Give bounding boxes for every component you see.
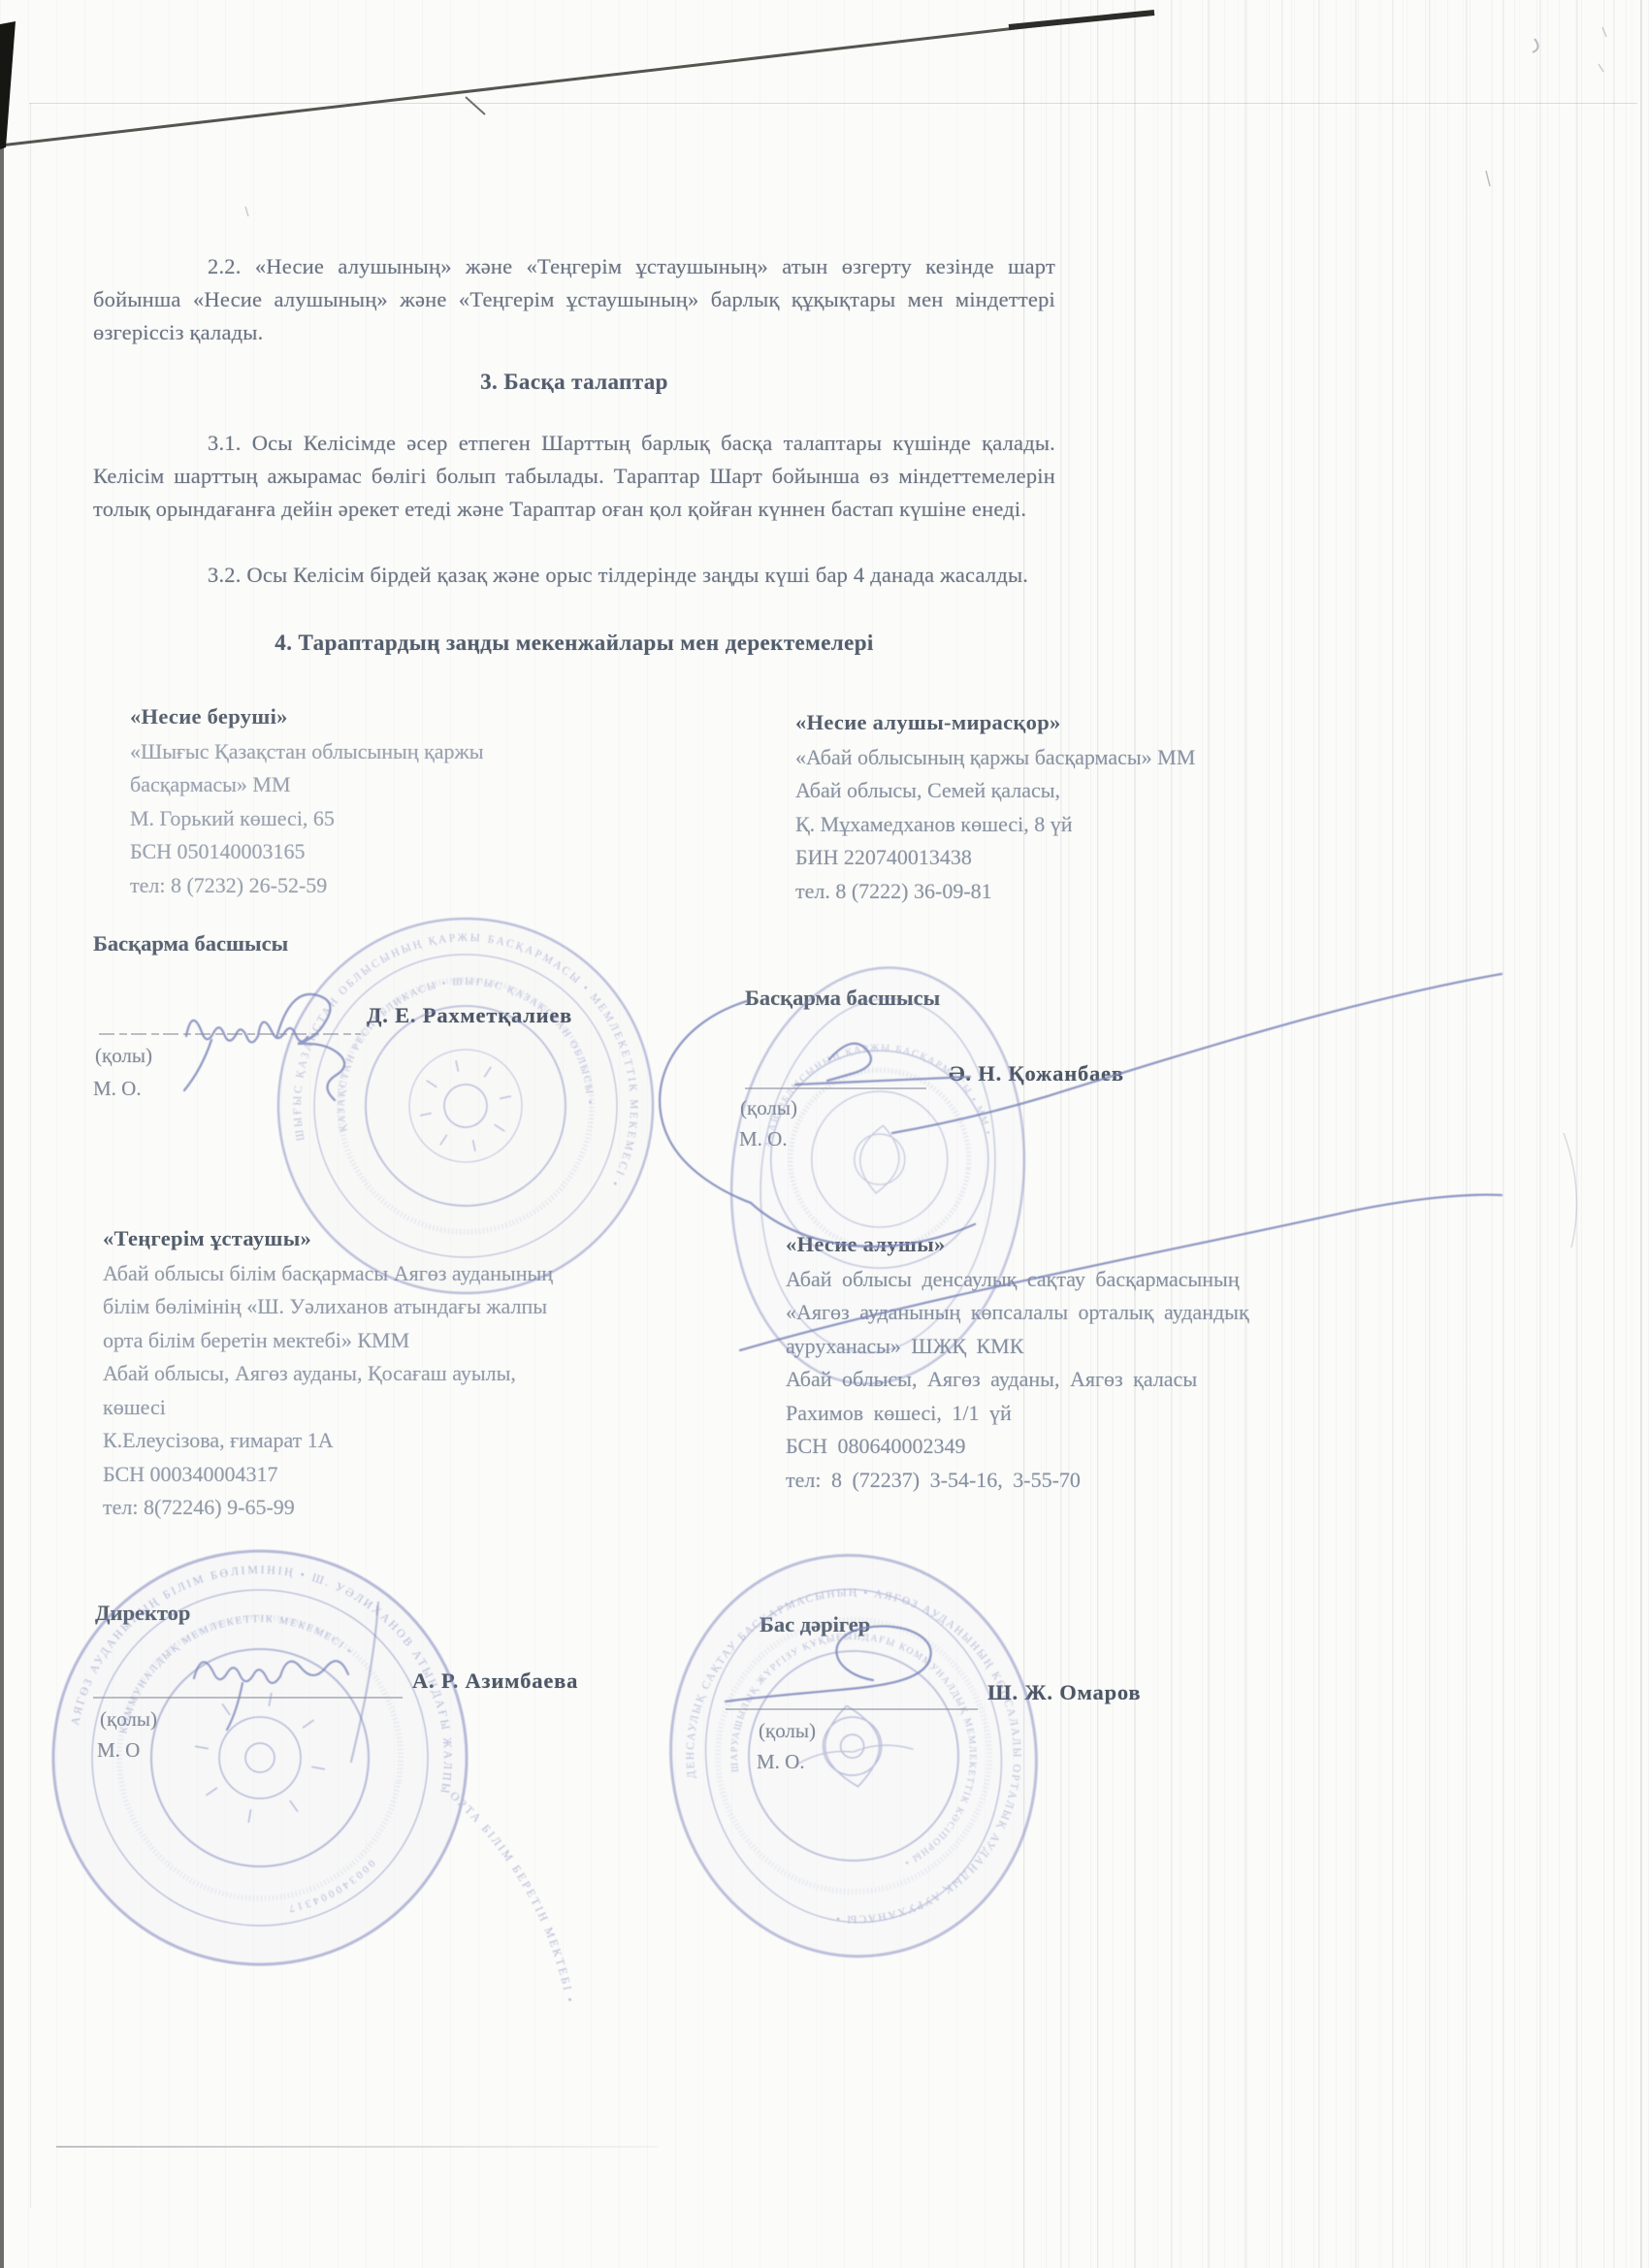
signature-role-borrower: Бас дәрігер	[760, 1612, 870, 1637]
party-title: «Несие алушы»	[786, 1228, 1368, 1262]
signature-stroke-borrower	[726, 1626, 931, 1701]
party-line: білім бөлімінің «Ш. Уәлиханов атындағы ж…	[103, 1290, 627, 1324]
svg-text:ШАРУАШЫЛЫҚ ЖҮРГІЗУ ҚҰҚЫҒЫНДАҒЫ: ШАРУАШЫЛЫҚ ЖҮРГІЗУ ҚҰҚЫҒЫНДАҒЫ КОММУНАЛД…	[713, 1615, 993, 1891]
party-line: М. Горький көшесі, 65	[130, 802, 547, 836]
sign-here-label: (қолы)	[740, 1096, 797, 1120]
party-line: Рахимов көшесі, 1/1 үй	[786, 1397, 1368, 1431]
party-line: Абай облысы, Аягөз ауданы, Аягөз қаласы	[786, 1363, 1368, 1397]
party-line: БСН 050140003165	[130, 835, 547, 869]
party-line: БИН 220740013438	[795, 841, 1358, 875]
seal-place-label: М. О.	[757, 1750, 805, 1774]
party-line: Қ. Мұхамедханов көшесі, 8 үй	[795, 808, 1358, 842]
party-line: Абай облысы, Аягөз ауданы, Қосағаш ауылы…	[103, 1357, 627, 1391]
scanned-contract-page: 2.2. «Несие алушының» және «Теңгерім ұст…	[0, 0, 1649, 2268]
party-line: орта білім беретін мектебі» КММ	[103, 1324, 627, 1358]
party-line: тел: 8(72246) 9-65-99	[103, 1491, 627, 1525]
signature-stroke-balance-holder	[194, 1603, 378, 1762]
party-line: көшесі	[103, 1391, 627, 1425]
party-line: Абай облысы білім басқармасы Аягөз аудан…	[103, 1257, 627, 1291]
scan-smudge-line	[56, 2146, 658, 2148]
stamp-ring-text: ҚАЗАҚСТАН РЕСПУБЛИКАСЫ • ШЫҒЫС ҚАЗАҚСТАН…	[312, 953, 598, 1158]
paper-edge-right	[1640, 0, 1642, 2268]
seal-place-label: М. О.	[93, 1077, 142, 1101]
stamp-ring-text: АБАЙ ОБЛЫСЫНЫҢ ҚАРЖЫ БАСҚАРМАСЫ • ММ •	[763, 1031, 1002, 1171]
stamp-emblem	[851, 1123, 908, 1196]
party-line: ауруханасы» ШЖҚ КМК	[786, 1330, 1368, 1364]
signatory-name-borrower: Ш. Ж. Омаров	[987, 1680, 1141, 1705]
scan-left-edge	[0, 126, 4, 2268]
paper-edge-top	[29, 103, 1637, 104]
svg-text:000340004317: 000340004317	[283, 1844, 378, 1928]
signatory-name-balance-holder: А. Р. Азимбаева	[412, 1669, 578, 1694]
sign-here-label: (қолы)	[95, 1044, 152, 1068]
svg-text:ҚАЗАҚСТАН РЕСПУБЛИКАСЫ • ШЫҒЫС: ҚАЗАҚСТАН РЕСПУБЛИКАСЫ • ШЫҒЫС ҚАЗАҚСТАН…	[312, 953, 598, 1158]
stamp-bin-number: 000340004317	[283, 1844, 378, 1928]
scan-streaks-right	[1023, 0, 1649, 2268]
party-line: БСН 000340004317	[103, 1458, 627, 1492]
signature-role-balance-holder: Директор	[95, 1601, 190, 1626]
stamp-ring-text: ШЫҒЫС ҚАЗАҚСТАН ОБЛЫСЫНЫҢ ҚАРЖЫ БАСҚАРМА…	[260, 900, 660, 1253]
party-line: Абай облысы, Семей қаласы,	[795, 774, 1358, 808]
clause-3-1: 3.1. Осы Келісімде әсер етпеген Шарттың …	[93, 427, 1055, 526]
paper-edge-left	[30, 103, 31, 2208]
svg-text:АБАЙ ОБЛЫСЫНЫҢ ҚАРЖЫ БАСҚАРМАС: АБАЙ ОБЛЫСЫНЫҢ ҚАРЖЫ БАСҚАРМАСЫ • ММ •	[763, 1031, 1002, 1171]
party-title: «Теңгерім ұстаушы»	[103, 1222, 627, 1256]
signature-role-creditor: Басқарма басшысы	[93, 931, 288, 956]
signatory-name-creditor: Д. Е. Рахметқалиев	[367, 1003, 572, 1028]
party-line: БСН 080640002349	[786, 1430, 1368, 1464]
party-line: К.Елеусізова, ғимарат 1А	[103, 1424, 627, 1458]
party-line: «Абай облысының қаржы басқармасы» ММ	[795, 741, 1358, 775]
party-line: «Аягөз ауданының көпсалалы орталық аудан…	[786, 1296, 1368, 1330]
clause-2-2: 2.2. «Несие алушының» және «Теңгерім ұст…	[93, 250, 1055, 349]
party-line: тел. 8 (7222) 36-09-81	[795, 875, 1358, 909]
section-3-title: 3. Басқа талаптар	[93, 370, 1055, 395]
sign-here-label: (қолы)	[100, 1707, 157, 1732]
party-successor: «Несие алушы-мирасқор» «Абай облысының қ…	[795, 706, 1358, 908]
signature-stroke-creditor	[184, 994, 344, 1100]
party-balance-holder: «Теңгерім ұстаушы» Абай облысы білім бас…	[103, 1222, 627, 1525]
seal-place-label: М. О.	[739, 1127, 788, 1151]
stamp-emblem	[183, 1681, 337, 1834]
stamp-emblem	[787, 1698, 917, 1795]
party-borrower: «Несие алушы» Абай облысы денсаулық сақт…	[786, 1228, 1368, 1497]
seal-place-label: М. О	[97, 1738, 140, 1763]
stamp-emblem	[410, 1051, 521, 1161]
signatory-name-successor: Ә. Н. Қожанбаев	[949, 1061, 1124, 1086]
signature-role-successor: Басқарма басшысы	[745, 986, 940, 1011]
stamp-balance-holder: АЯГӨЗ АУДАНЫНЫҢ БІЛІМ БӨЛІМІНІҢ • Ш. УӘЛ…	[20, 1518, 645, 2023]
party-line: Абай облысы денсаулық сақтау басқармасын…	[786, 1263, 1368, 1297]
party-creditor: «Несие беруші» «Шығыс Қазақстан облысыны…	[130, 700, 547, 902]
section-4-title: 4. Тараптардың заңды мекенжайлары мен де…	[93, 631, 1055, 656]
party-line: тел: 8 (72237) 3-54-16, 3-55-70	[786, 1464, 1368, 1498]
party-line: «Шығыс Қазақстан облысының қаржы	[130, 735, 547, 769]
stamp-borrower: ДЕНСАУЛЫҚ САҚТАУ БАСҚАРМАСЫНЫҢ • АЯГӨЗ А…	[645, 1532, 1062, 1980]
svg-text:ШЫҒЫС ҚАЗАҚСТАН ОБЛЫСЫНЫҢ ҚАРЖ: ШЫҒЫС ҚАЗАҚСТАН ОБЛЫСЫНЫҢ ҚАРЖЫ БАСҚАРМА…	[260, 900, 660, 1253]
party-title: «Несие алушы-мирасқор»	[795, 706, 1358, 740]
party-line: басқармасы» ММ	[130, 768, 547, 802]
clause-3-2: 3.2. Осы Келісім бірдей қазақ және орыс …	[93, 559, 1055, 592]
party-title: «Несие беруші»	[130, 700, 547, 734]
stamp-ring-text: ШАРУАШЫЛЫҚ ЖҮРГІЗУ ҚҰҚЫҒЫНДАҒЫ КОММУНАЛД…	[713, 1615, 993, 1891]
party-line: тел: 8 (7232) 26-52-59	[130, 869, 547, 903]
sign-here-label: (қолы)	[759, 1719, 816, 1743]
